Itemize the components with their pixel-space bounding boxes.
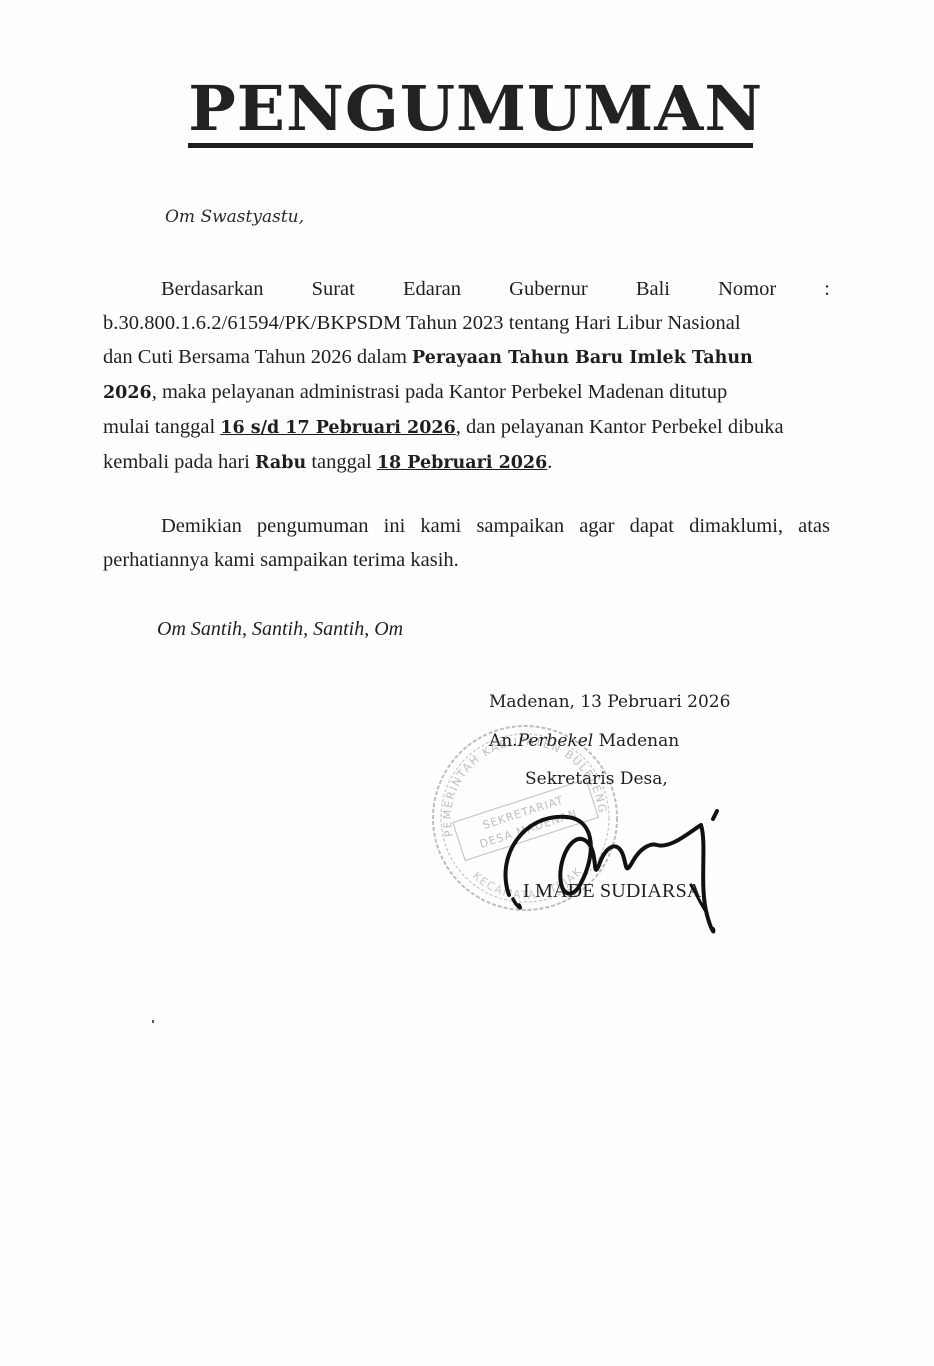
handwritten-signature: [495, 795, 735, 940]
place-and-date: Madenan, 13 Pebruari 2026: [489, 692, 730, 712]
scan-artifact: [152, 1020, 154, 1023]
paragraph-main-line-6: kembali pada hari Rabu tanggal 18 Pebrua…: [103, 445, 830, 480]
paragraph-main-line-3: dan Cuti Bersama Tahun 2026 dalam Peraya…: [103, 340, 830, 375]
closing-salutation: Om Santih, Santih, Santih, Om: [157, 618, 403, 641]
text-segment: , maka pelayanan administrasi pada Kanto…: [152, 381, 728, 403]
on-behalf-suffix: Madenan: [593, 731, 679, 751]
document-title: PENGUMUMAN: [186, 72, 765, 146]
on-behalf-of: An.Perbekel Madenan: [489, 731, 679, 751]
text-segment: , dan pelayanan Kantor Perbekel dibuka: [456, 416, 784, 438]
opening-salutation: Om Swastyastu,: [165, 207, 304, 227]
holiday-name: Perayaan Tahun Baru Imlek Tahun: [412, 348, 753, 368]
closure-dates: 16 s/d 17 Pebruari 2026: [220, 418, 455, 438]
document-page: PENGUMUMAN Om Swastyastu, Berdasarkan Su…: [0, 0, 934, 1366]
reopen-date: 18 Pebruari 2026: [377, 453, 547, 473]
reopen-day: Rabu: [255, 453, 306, 473]
text-segment: mulai tanggal: [103, 416, 220, 438]
text-segment: tanggal: [306, 451, 377, 473]
paragraph-closing: Demikian pengumuman ini kami sampaikan a…: [103, 509, 830, 577]
paragraph-closing-line-2: perhatiannya kami sampaikan terima kasih…: [103, 543, 830, 577]
paragraph-main-line-2: b.30.800.1.6.2/61594/PK/BKPSDM Tahun 202…: [103, 306, 830, 340]
paragraph-main: Berdasarkan Surat Edaran Gubernur Bali N…: [103, 272, 830, 480]
signatory-position: Sekretaris Desa,: [525, 769, 668, 789]
paragraph-main-line-4: 2026, maka pelayanan administrasi pada K…: [103, 375, 830, 410]
title-underline: [188, 143, 753, 148]
paragraph-main-line-5: mulai tanggal 16 s/d 17 Pebruari 2026, d…: [103, 410, 830, 445]
text-segment: kembali pada hari: [103, 451, 255, 473]
paragraph-main-line-1: Berdasarkan Surat Edaran Gubernur Bali N…: [103, 272, 830, 306]
paragraph-closing-line-1: Demikian pengumuman ini kami sampaikan a…: [103, 509, 830, 543]
text-segment: .: [547, 451, 552, 473]
on-behalf-title: Perbekel: [518, 731, 594, 751]
holiday-year: 2026: [103, 383, 152, 403]
on-behalf-prefix: An.: [489, 731, 518, 751]
text-segment: dan Cuti Bersama Tahun 2026 dalam: [103, 346, 412, 368]
